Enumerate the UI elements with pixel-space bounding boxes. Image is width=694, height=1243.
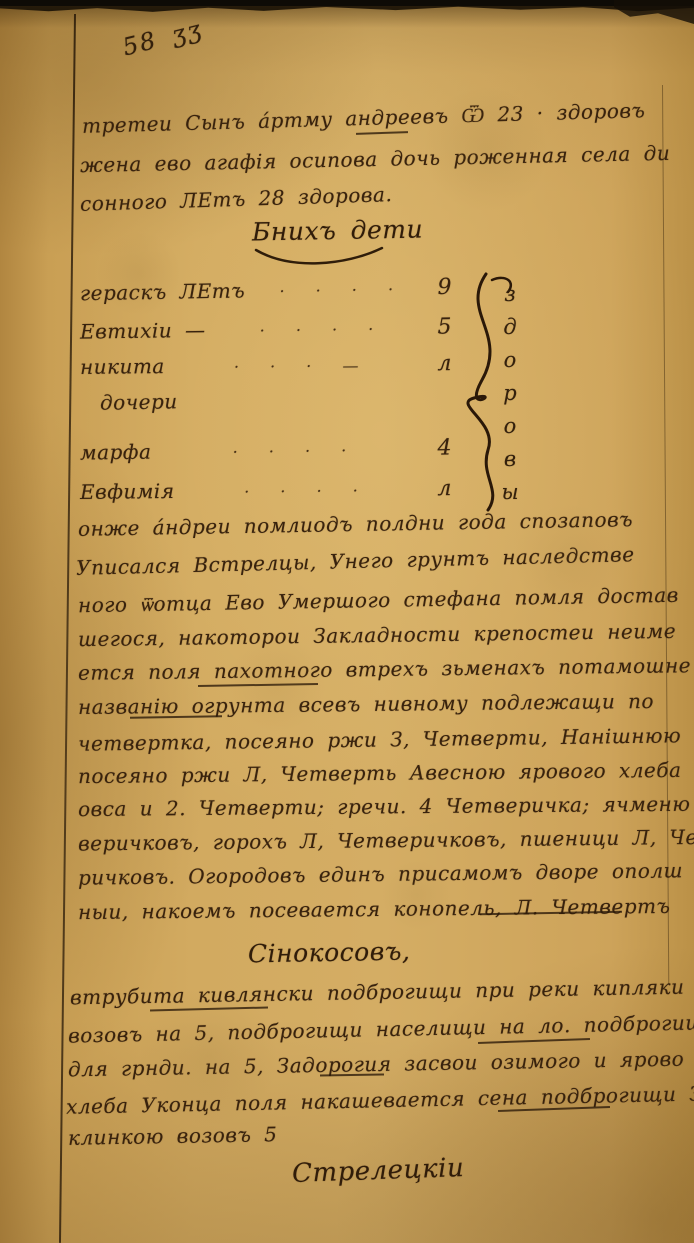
underline-stroke [198,683,318,687]
child-age: л [437,351,452,376]
intro-line: сонного ЛЕтъ 28 здорова. [80,182,393,216]
child-row: гераскъ ЛЕтъ · · · · 9 [80,275,452,306]
right-margin-rule [662,85,669,985]
underline-stroke [356,131,408,135]
child-name: Евфимія [80,479,175,504]
children-heading: Бнихъ дети [252,215,424,247]
paragraph-line: овса и 2. Четверти; гречи. 4 Четверичка;… [78,791,694,821]
dot-leader: · · · · [245,279,438,301]
brace-vertical-word: здоровы [498,278,522,509]
child-age: 5 [437,314,452,339]
child-row: никита · · · — л [80,351,452,380]
paragraph-line: четвертка, посеяно ржи З, Четверти, Нані… [78,722,694,755]
top-edge-shadow [0,6,694,28]
daughters-label: дочери [100,389,178,414]
dot-leader: · · · · [174,480,437,502]
child-name: никита [80,354,165,379]
hay-line: для грнди. на 5, Задорогия засвои озимог… [68,1047,685,1082]
signature: Стрелецкіи [292,1153,465,1189]
child-row: Евтихіи — · · · · 5 [80,314,452,344]
hay-line: клинкою возовъ 5 [68,1122,278,1150]
child-name: Евтихіи — [80,318,206,344]
paragraph-line: шегося, накоторои Закладности крепостеи … [78,619,676,651]
child-age: л [437,476,452,501]
paragraph-line: названію огрунта всевъ нивному подлежащи… [78,689,654,719]
manuscript-page: 58 ʒӡ третеи Сынъ а́ртму андреевъ Ѿ 23 ·… [0,0,694,1243]
paragraph-line: ричковъ. Огородовъ единъ присамомъ дворе… [78,858,683,889]
paragraph-line: онже а́ндреи помлиодъ полдни года спозап… [78,507,633,541]
paragraph-line: веричковъ, горохъ Л, Четверичковъ, пшени… [78,825,694,856]
paragraph-line: ется поля пахотного втрехъ зьменахъ пота… [78,653,691,684]
hay-line: втрубита кивлянски подброгищи при реки к… [70,975,685,1010]
hay-line: возовъ на 5, подброгищи населищи на ло. … [68,1010,694,1047]
child-name: гераскъ ЛЕтъ [80,278,245,305]
hay-line: хлеба Уконца поля накашевается сена подб… [66,1081,694,1119]
paragraph-line: ного ѿотца Ево Умершого стефана помля до… [78,583,679,618]
child-age: 4 [437,435,452,460]
underline-stroke [130,715,222,719]
paragraph-line: Уписался Встрелцы, Унего грунтъ наследст… [76,542,635,580]
hay-heading: Сінокосовъ, [248,937,411,969]
child-age: 9 [437,275,452,300]
child-row: марфа · · · · 4 [80,435,452,465]
intro-line: жена ево агафія осипова дочь роженная се… [80,141,671,177]
heading-swash [250,246,390,270]
dot-leader: · · · — [165,355,438,377]
child-row: Евфимія · · · · л [80,476,452,505]
strikethrough-stroke [478,1038,590,1044]
dot-leader: · · · · [151,440,437,463]
dot-leader: · · · · [205,319,437,341]
paragraph-line: посеяно ржи Л, Четверть Авесною ярового … [78,758,682,788]
paragraph-line: ныи, накоемъ посевается конопель, Л. Чет… [78,894,671,924]
child-name: марфа [80,440,152,465]
